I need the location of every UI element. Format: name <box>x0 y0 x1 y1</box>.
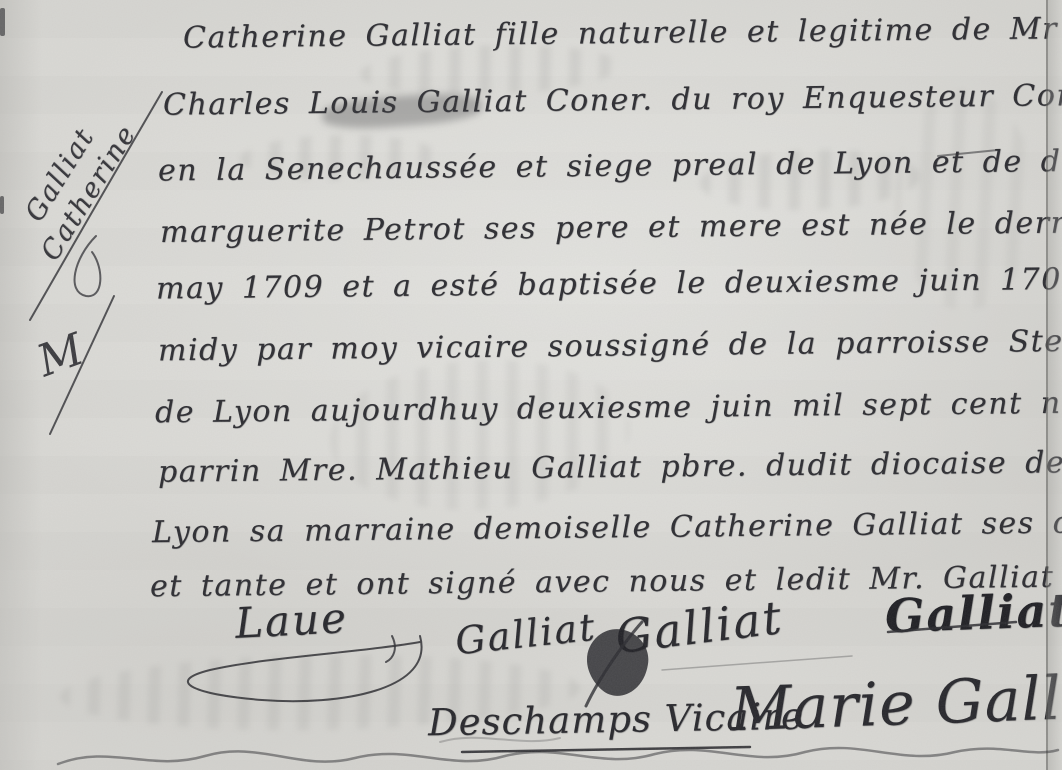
page-edge-shade <box>1048 0 1062 770</box>
signature-marie-galliat: Marie Galliat <box>729 661 1062 745</box>
deschamps-underline <box>462 747 750 752</box>
manuscript-line-1: Catherine Galliat fille naturelle et leg… <box>183 11 1058 55</box>
signature-laue: Laue <box>234 593 349 648</box>
bleed-through-smudge <box>326 352 633 517</box>
signature-galliat-right: Galliat <box>884 583 1062 643</box>
margin-note-loop <box>75 236 101 296</box>
manuscript-line-6: midy par moy vicaire soussigné de la par… <box>158 323 1062 369</box>
manuscript-page: Galliat Catherine M Catherine Galliat fi… <box>0 0 1062 770</box>
manuscript-line-7: de Lyon aujourdhuy deuxiesme juin mil se… <box>155 385 1062 431</box>
margin-note: Galliat Catherine <box>0 64 167 304</box>
edge-speck <box>0 196 4 214</box>
signature-galliat-center-left: Galliat <box>453 605 598 664</box>
edge-speck <box>0 8 5 36</box>
next-entry-cutoff-strokes <box>58 748 1058 764</box>
manuscript-line-5: may 1709 et a esté baptisée le deuxiesme… <box>156 261 1062 307</box>
manuscript-line-9: Lyon sa marraine demoiselle Catherine Ga… <box>152 505 1062 550</box>
signature-galliat-center: Galliat <box>612 590 786 664</box>
pen-drag-stroke <box>662 656 852 670</box>
margin-paraph-mark: M <box>31 324 91 387</box>
manuscript-line-8: parrin Mre. Mathieu Galliat pbre. dudit … <box>158 445 1062 489</box>
